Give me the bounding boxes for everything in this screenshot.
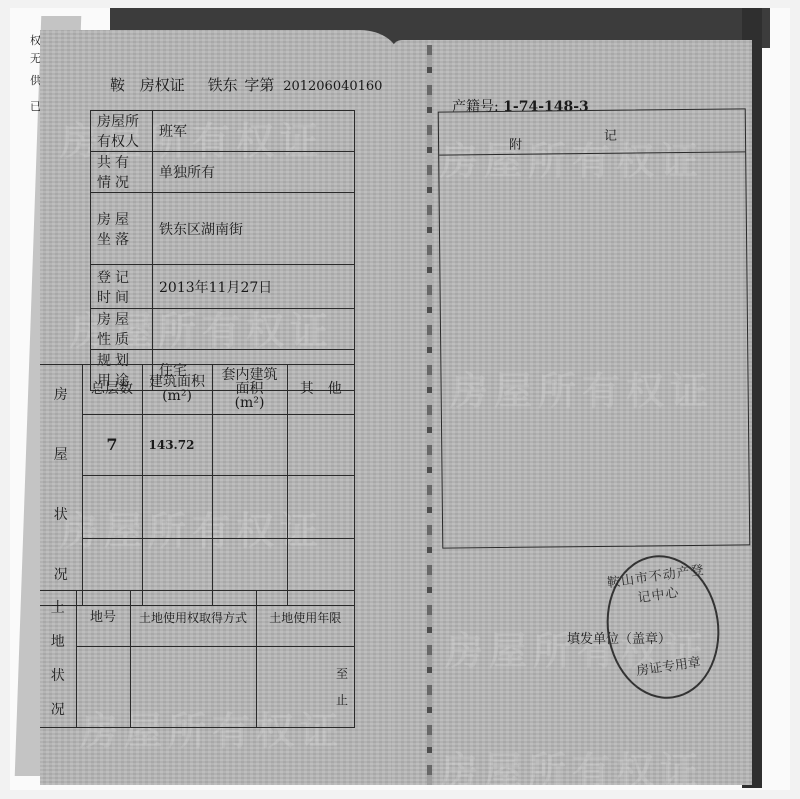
field-label: 房屋所有权人 bbox=[91, 111, 153, 152]
col-header-area: 建筑面积 (m²) bbox=[142, 365, 212, 415]
label-char: 状 bbox=[40, 485, 82, 545]
other-value bbox=[287, 414, 355, 475]
col-header-inner-area: 套内建筑面积 (m²) bbox=[212, 365, 287, 415]
term-end: 止 bbox=[263, 687, 349, 713]
inner-area-value bbox=[212, 475, 287, 538]
cert-name: 房权证 bbox=[140, 76, 185, 94]
inner-area-value bbox=[212, 414, 287, 475]
col-header-other: 其 他 bbox=[287, 365, 355, 415]
col-header-acquire-method: 土地使用权取得方式 bbox=[130, 591, 256, 647]
cert-district: 铁东 bbox=[208, 76, 238, 94]
table-row: 房屋所有权人 班军 bbox=[91, 111, 355, 152]
field-label: 登记时间 bbox=[91, 265, 153, 309]
acquire-method-value bbox=[130, 646, 256, 727]
cert-zidi: 字第 bbox=[244, 76, 274, 94]
land-status-table: 土 地 状 况 地号 土地使用权取得方式 土地使用年限 至 止 bbox=[40, 590, 355, 728]
location-value: 铁东区湖南街 bbox=[153, 193, 355, 265]
table-row: 至 止 bbox=[40, 646, 355, 727]
col-header-unit: (m²) bbox=[149, 389, 206, 403]
area-value: 143.72 bbox=[142, 414, 212, 475]
owner-value: 班军 bbox=[153, 111, 355, 152]
land-status-label: 土 地 状 况 bbox=[40, 591, 76, 728]
notes-title-left: 附 bbox=[509, 134, 522, 153]
co-ownership-value: 单独所有 bbox=[153, 152, 355, 193]
table-row: 土 地 状 况 地号 土地使用权取得方式 土地使用年限 bbox=[40, 591, 355, 647]
table-row: 7 143.72 bbox=[40, 414, 355, 475]
floors-value: 7 bbox=[82, 414, 142, 475]
table-row: 房屋坐落 铁东区湖南街 bbox=[91, 193, 355, 265]
col-header-term: 土地使用年限 bbox=[256, 591, 355, 647]
house-status-table: 房 屋 状 况 总层数 建筑面积 (m²) 套内建筑面积 (m²) 其 他 7 … bbox=[40, 364, 355, 606]
col-header-unit: (m²) bbox=[219, 396, 281, 410]
label-char: 屋 bbox=[40, 425, 82, 485]
label-char: 况 bbox=[40, 693, 76, 727]
label-char: 地 bbox=[40, 625, 76, 659]
label-char: 土 bbox=[40, 591, 76, 625]
cert-number: 201206040160 bbox=[283, 79, 382, 94]
house-status-label: 房 屋 状 况 bbox=[40, 365, 82, 606]
term-to: 至 bbox=[263, 661, 349, 687]
cert-prefix: 鞍 bbox=[110, 76, 125, 94]
col-header-text: 套内建筑面积 bbox=[219, 368, 281, 396]
table-row: 房屋性质 bbox=[91, 309, 355, 350]
field-label: 房屋性质 bbox=[91, 309, 153, 350]
field-label: 共有情况 bbox=[91, 152, 153, 193]
owner-info-table: 房屋所有权人 班军 共有情况 单独所有 房屋坐落 铁东区湖南街 登记时间 201… bbox=[90, 110, 355, 391]
registration-date-value: 2013年11月27日 bbox=[153, 265, 355, 309]
other-value bbox=[287, 475, 355, 538]
area-value bbox=[142, 475, 212, 538]
label-char: 房 bbox=[40, 365, 82, 425]
lot-no-value bbox=[76, 646, 130, 727]
col-header-floors: 总层数 bbox=[82, 365, 142, 415]
notes-header: 附 记 bbox=[439, 109, 745, 155]
col-header-text: 建筑面积 bbox=[149, 375, 206, 389]
term-value: 至 止 bbox=[256, 646, 355, 727]
field-label: 房屋坐落 bbox=[91, 193, 153, 265]
house-nature-value bbox=[153, 309, 355, 350]
table-row: 房 屋 状 况 总层数 建筑面积 (m²) 套内建筑面积 (m²) 其 他 bbox=[40, 365, 355, 415]
book-spine-stitching bbox=[427, 45, 432, 785]
table-row bbox=[40, 475, 355, 538]
table-row: 共有情况 单独所有 bbox=[91, 152, 355, 193]
floors-value bbox=[82, 475, 142, 538]
notes-title-right: 记 bbox=[604, 125, 617, 144]
certificate-header: 鞍 房权证 铁东 字第 201206040160 号 bbox=[110, 74, 416, 95]
notes-box: 附 记 bbox=[438, 108, 751, 548]
label-char: 状 bbox=[40, 659, 76, 693]
col-header-lot-no: 地号 bbox=[76, 591, 130, 647]
table-row: 登记时间 2013年11月27日 bbox=[91, 265, 355, 309]
